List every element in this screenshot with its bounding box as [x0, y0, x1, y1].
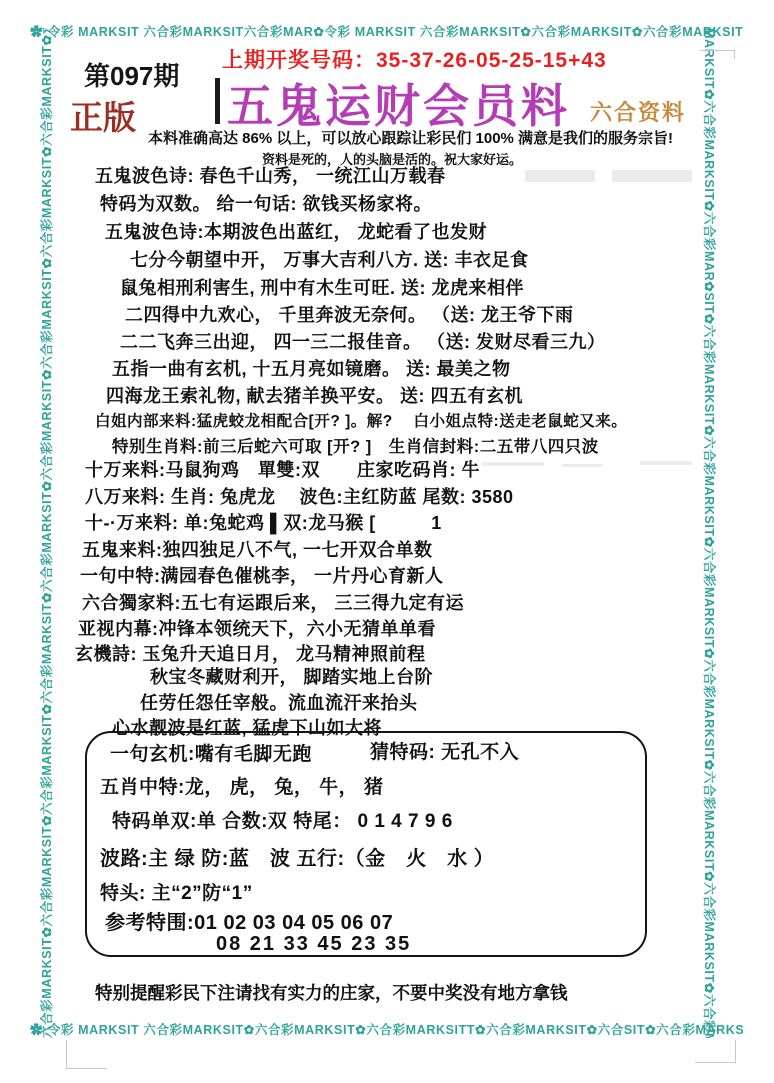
box-reference-range-line1: 参考特围:01 02 03 04 05 06 07 [105, 906, 393, 935]
border-bottom: ✿·令彩 MARKSIT 六合彩MARKSIT✿六合彩MARKSIT✿六合彩MA… [30, 1022, 744, 1039]
border-left: 六合彩MARKSIT✿六合彩MARKSIT✿六合彩MARKSIT✿六合彩MARK… [38, 28, 56, 1038]
scan-corner-mark [700, 50, 735, 59]
content-line: 四海龙王索礼物, 献去猪羊换平安。 送: 四五有玄机 [106, 382, 523, 408]
content-line: 特码为双数。 给一句话: 欲钱买杨家将。 [100, 190, 432, 216]
content-line: 任劳任怨任宰般。流血流汗来抬头 [140, 689, 418, 715]
issue-number: 第097期 [84, 56, 179, 93]
content-line: 五鬼波色诗:本期波色出蓝红， 龙蛇看了也发财 [105, 218, 487, 244]
scan-corner-mark [66, 1040, 107, 1069]
content-line: 六合獨家料:五七有运跟后来， 三三得九定有运 [82, 589, 464, 615]
box-guess-special: 猜特码: 无孔不入 [370, 737, 519, 764]
scan-artifact [640, 461, 692, 465]
scan-artifact [482, 462, 544, 466]
content-line: 二四得中九欢心， 千里奔波无奈何。 （送: 龙王爷下雨 [125, 301, 574, 327]
content-line: 亚视内幕:冲锋本领统天下，六小无猜单单看 [78, 615, 436, 641]
box-mystery-phrase: 一句玄机:嘴有毛脚无跑 [110, 739, 312, 766]
box-five-zodiac: 五肖中特:龙， 虎， 兔， 牛， 猪 [100, 772, 383, 799]
content-line: 鼠兔相刑利害生, 刑中有木生可旺. 送: 龙虎来相伴 [120, 274, 524, 300]
content-line: 五鬼波色诗: 春色千山秀， 一统江山万载春 [95, 162, 446, 188]
content-line: 十万来料:马鼠狗鸡 單雙:双 庄家吃码肖: 牛 [85, 456, 480, 482]
box-odd-even: 特码单双:单 合数:双 特尾： 0 1 4 7 9 6 [112, 806, 453, 833]
border-top: ✿·令彩 MARKSIT 六合彩MARKSIT六合彩MAR✿令彩 MARKSIT… [30, 24, 744, 41]
content-line: 十-·万来料: 单:兔蛇鸡 ▌双:龙马猴 [ 1 [85, 509, 442, 535]
content-line: 特别生肖料:前三后蛇六可取 [开? ] 生肖信封料:二五带八四只波 [112, 433, 599, 457]
content-line: 七分今朝望中开， 万事大吉利八方. 送: 丰衣足食 [130, 246, 529, 272]
content-line: 白姐内部来料:猛虎蛟龙相配合[开? ]。解? 白小姐点特:送走老鼠蛇又来。 [95, 409, 627, 431]
scan-artifact [525, 170, 595, 182]
title-tick-mark [215, 78, 220, 124]
content-line: 一句中特:满园春色催桃李， 一片丹心育新人 [80, 562, 444, 588]
content-line: 八万来料: 生肖: 兔虎龙 波色:主红防蓝 尾数: 3580 [85, 483, 514, 509]
accuracy-slogan: 本料准确高达 86% 以上，可以放心跟踪让彩民们 100% 满意是我们的服务宗旨… [148, 127, 673, 148]
scan-artifact [562, 464, 602, 467]
content-line: 五指一曲有玄机, 十五月亮如镜磨。 送: 最美之物 [112, 355, 511, 381]
border-right: MARKSIT✿六合彩MARKSIT✿六合彩MAR✿SIT✿六合彩MARKSIT… [700, 28, 718, 1038]
box-special-head: 特头: 主“2”防“1” [100, 878, 253, 905]
footer-warning: 特别提醒彩民下注请找有实力的庄家，不要中奖没有地方拿钱 [95, 980, 568, 1005]
edition-label: 正版 [70, 92, 136, 139]
subtitle: 六合资料 [590, 96, 686, 127]
box-wave-path: 波路:主 绿 防:蓝 波 五行:（金 火 水 ） [100, 842, 494, 871]
lottery-tip-sheet: ✿·令彩 MARKSIT 六合彩MARKSIT六合彩MAR✿令彩 MARKSIT… [0, 0, 774, 1083]
scan-corner-mark [695, 1040, 736, 1063]
box-reference-range-line2: 08 21 33 45 23 35 [216, 933, 411, 956]
content-line: 二二飞奔三出迎， 四一三二报佳音。 （送: 发财尽看三九） [120, 328, 606, 354]
content-line: 秋宝冬藏财利开， 脚踏实地上台阶 [150, 663, 433, 689]
scan-artifact [612, 170, 692, 182]
content-line: 五鬼来料:独四独足八不气, 一七开双合单数 [82, 536, 433, 562]
